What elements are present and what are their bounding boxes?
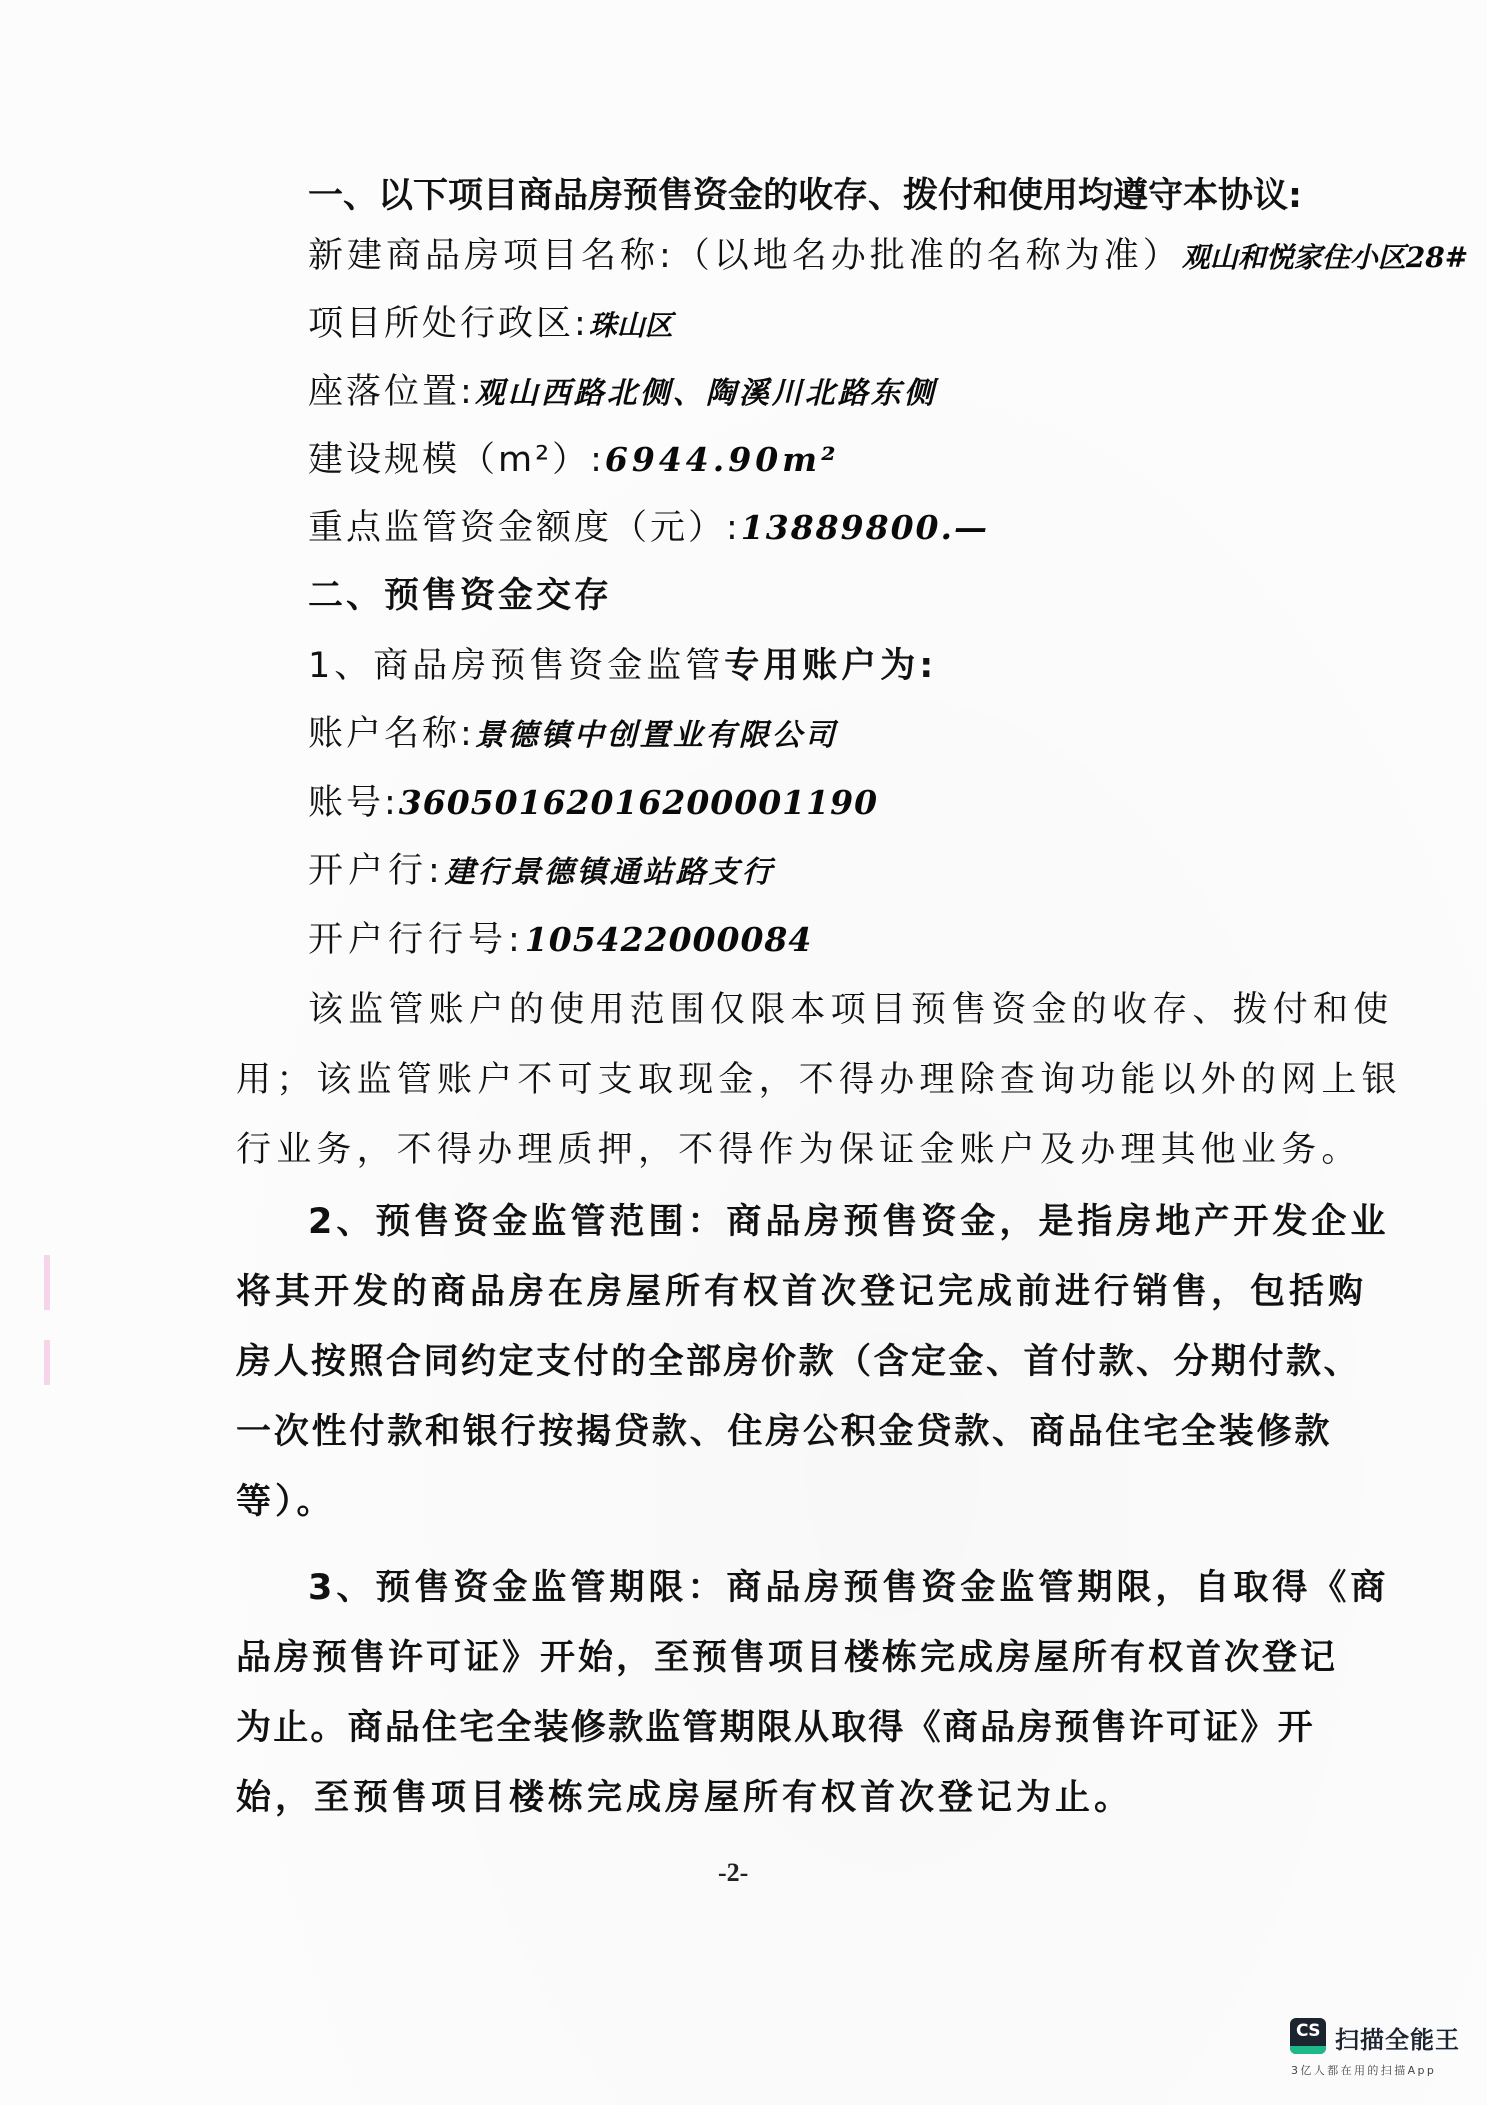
paragraph-line: 行业务，不得办理质押，不得作为保证金账户及办理其他业务。: [236, 1128, 1362, 1172]
field-label: 座落位置:: [308, 372, 475, 412]
field-label: 开户行:: [308, 851, 445, 891]
field-label: 开户行行号:: [308, 920, 525, 960]
field-account-number: 账号:36050162016200001190: [308, 781, 878, 825]
field-account-name: 账户名称:景德镇中创置业有限公司: [308, 712, 838, 758]
field-label: 建设规模（m²）:: [308, 440, 605, 480]
field-label: 新建商品房项目名称:（以地名办批准的名称为准）: [308, 236, 1182, 276]
field-district: 项目所处行政区:珠山区: [308, 302, 673, 348]
field-label: 项目所处行政区:: [308, 304, 589, 344]
handwritten-value: 105422000084: [525, 920, 813, 959]
paragraph-line: 2、预售资金监管范围：商品房预售资金，是指房地产开发企业: [308, 1200, 1389, 1244]
handwritten-value: 13889800.—: [741, 508, 989, 547]
scanner-watermark: CS 扫描全能王 3亿人都在用的扫描App: [1290, 2018, 1480, 2098]
handwritten-value: 6944.90m²: [605, 440, 840, 479]
page-number: -2-: [718, 1858, 748, 1888]
section-1-heading: 一、以下项目商品房预售资金的收存、拨付和使用均遵守本协议:: [308, 174, 1302, 218]
handwritten-value: 观山西路北侧、陶溪川北路东侧: [475, 376, 937, 411]
paragraph-line: 该监管账户的使用范围仅限本项目预售资金的收存、拨付和使: [308, 988, 1393, 1032]
paragraph-line: 始，至预售项目楼栋完成房屋所有权首次登记为止。: [236, 1776, 1133, 1820]
field-label: 账户名称:: [308, 714, 475, 754]
binding-mark: [44, 1340, 50, 1385]
paragraph-line: 房人按照合同约定支付的全部房价款（含定金、首付款、分期付款、: [236, 1340, 1361, 1384]
handwritten-value: 36050162016200001190: [399, 783, 878, 822]
paragraph-line: 为止。商品住宅全装修款监管期限从取得《商品房预售许可证》开: [236, 1706, 1315, 1750]
paragraph-line: 将其开发的商品房在房屋所有权首次登记完成前进行销售，包括购: [236, 1270, 1367, 1314]
field-bank: 开户行:建行景德镇通站路支行: [308, 849, 775, 895]
field-project-name: 新建商品房项目名称:（以地名办批准的名称为准）观山和悦家住小区28#: [308, 234, 1468, 280]
paragraph-line: 一次性付款和银行按揭贷款、住房公积金贷款、商品住宅全装修款: [236, 1410, 1332, 1454]
binding-mark: [44, 1255, 50, 1310]
paragraph-line: 等）。: [236, 1480, 336, 1524]
section-2-heading: 二、预售资金交存: [308, 574, 612, 618]
watermark-title: 扫描全能王: [1335, 2020, 1460, 2055]
paragraph-line: 用；该监管账户不可支取现金，不得办理除查询功能以外的网上银: [236, 1058, 1402, 1102]
handwritten-value: 珠山区: [589, 309, 673, 342]
handwritten-value: 建行景德镇通站路支行: [445, 855, 775, 890]
handwritten-value: 观山和悦家住小区28#: [1182, 241, 1468, 274]
field-supervised-amount: 重点监管资金额度（元）:13889800.—: [308, 506, 989, 550]
field-label: 账号:: [308, 783, 399, 823]
account-intro-bold: 专用账户为:: [724, 646, 937, 686]
field-label: 重点监管资金额度（元）:: [308, 508, 741, 548]
watermark-subtitle: 3亿人都在用的扫描App: [1291, 2062, 1436, 2078]
camscanner-logo-icon: CS: [1290, 2018, 1326, 2054]
handwritten-value: 景德镇中创置业有限公司: [475, 718, 838, 753]
scanned-page: 一、以下项目商品房预售资金的收存、拨付和使用均遵守本协议: 新建商品房项目名称:…: [0, 0, 1487, 2105]
field-bank-code: 开户行行号:105422000084: [308, 918, 812, 962]
account-intro-text: 1、商品房预售资金监管: [308, 646, 724, 686]
paragraph-line: 3、预售资金监管期限：商品房预售资金监管期限，自取得《商: [308, 1566, 1389, 1610]
field-location: 座落位置:观山西路北侧、陶溪川北路东侧: [308, 370, 937, 416]
paragraph-line: 品房预售许可证》开始，至预售项目楼栋完成房屋所有权首次登记: [236, 1636, 1338, 1680]
field-scale: 建设规模（m²）:6944.90m²: [308, 438, 840, 482]
account-intro: 1、商品房预售资金监管专用账户为:: [308, 644, 937, 688]
